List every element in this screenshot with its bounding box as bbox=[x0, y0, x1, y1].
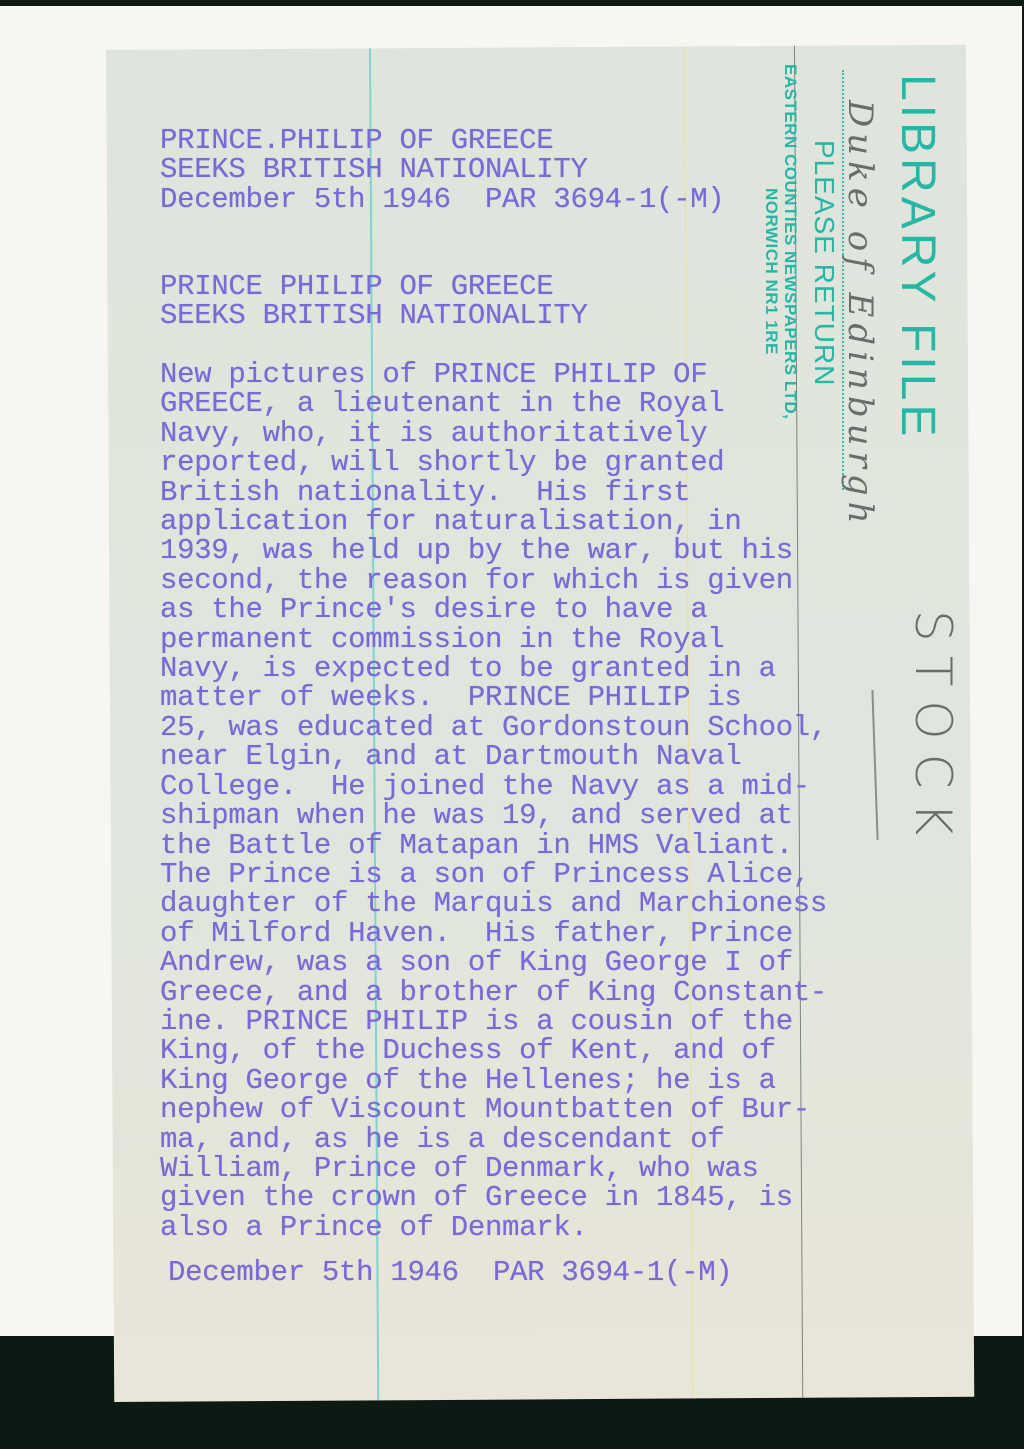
body-line: Andrew, was a son of King George I of bbox=[160, 948, 827, 977]
address-stamp: NORWICH NR1 1RE bbox=[761, 188, 781, 355]
header-date-reference: December 5th 1946 PAR 3694-1(-M) bbox=[160, 185, 724, 214]
body-line: near Elgin, and at Dartmouth Naval bbox=[160, 742, 827, 771]
body-line: also a Prince of Denmark. bbox=[160, 1213, 827, 1242]
header-title-line1: PRINCE.PHILIP OF GREECE bbox=[160, 126, 724, 155]
publisher-stamp: EASTERN COUNTIES NEWSPAPERS LTD, bbox=[780, 64, 800, 419]
headline-line2: SEEKS BRITISH NATIONALITY bbox=[160, 301, 588, 330]
body-line: ma, and, as he is a descendant of bbox=[160, 1125, 827, 1154]
body-line: William, Prince of Denmark, who was bbox=[160, 1154, 827, 1183]
body-line: 25, was educated at Gordonstoun School, bbox=[160, 713, 827, 742]
body-line: New pictures of PRINCE PHILIP OF bbox=[160, 360, 827, 389]
body-line: The Prince is a son of Princess Alice, bbox=[160, 860, 827, 889]
body-line: ine. PRINCE PHILIP is a cousin of the bbox=[160, 1007, 827, 1036]
body-line: matter of weeks. PRINCE PHILIP is bbox=[160, 683, 827, 712]
caption-headline: PRINCE PHILIP OF GREECESEEKS BRITISH NAT… bbox=[160, 272, 588, 331]
please-return-stamp: PLEASE RETURN bbox=[808, 140, 840, 386]
caption-body: New pictures of PRINCE PHILIP OFGREECE, … bbox=[160, 360, 827, 1242]
body-line: 1939, was held up by the war, but his bbox=[160, 536, 827, 565]
body-line: GREECE, a lieutenant in the Royal bbox=[160, 389, 827, 418]
body-line: College. He joined the Navy as a mid- bbox=[160, 772, 827, 801]
headline-line1: PRINCE PHILIP OF GREECE bbox=[160, 272, 588, 301]
body-line: permanent commission in the Royal bbox=[160, 625, 827, 654]
handwritten-stock-note: STOCK bbox=[904, 610, 962, 849]
body-line: Greece, and a brother of King Constant- bbox=[160, 978, 827, 1007]
caption-footer-date-reference: December 5th 1946 PAR 3694-1(-M) bbox=[168, 1258, 732, 1287]
body-line: of Milford Haven. His father, Prince bbox=[160, 919, 827, 948]
header-title-line2: SEEKS BRITISH NATIONALITY bbox=[160, 155, 724, 184]
body-line: reported, will shortly be granted bbox=[160, 448, 827, 477]
body-line: nephew of Viscount Mountbatten of Bur- bbox=[160, 1095, 827, 1124]
body-line: daughter of the Marquis and Marchioness bbox=[160, 889, 827, 918]
library-file-stamp: LIBRARY FILE bbox=[890, 74, 945, 440]
body-line: shipman when he was 19, and served at bbox=[160, 801, 827, 830]
body-line: application for naturalisation, in bbox=[160, 507, 827, 536]
body-line: British nationality. His first bbox=[160, 478, 827, 507]
body-line: the Battle of Matapan in HMS Valiant. bbox=[160, 831, 827, 860]
handwritten-subject: Duke of Edinburgh bbox=[840, 100, 880, 529]
body-line: given the crown of Greece in 1845, is bbox=[160, 1183, 827, 1212]
body-line: second, the reason for which is given bbox=[160, 566, 827, 595]
body-line: King, of the Duchess of Kent, and of bbox=[160, 1036, 827, 1065]
body-line: Navy, who, it is authoritatively bbox=[160, 419, 827, 448]
body-line: King George of the Hellenes; he is a bbox=[160, 1066, 827, 1095]
caption-header: PRINCE.PHILIP OF GREECESEEKS BRITISH NAT… bbox=[160, 126, 724, 214]
body-line: Navy, is expected to be granted in a bbox=[160, 654, 827, 683]
body-line: as the Prince's desire to have a bbox=[160, 595, 827, 624]
